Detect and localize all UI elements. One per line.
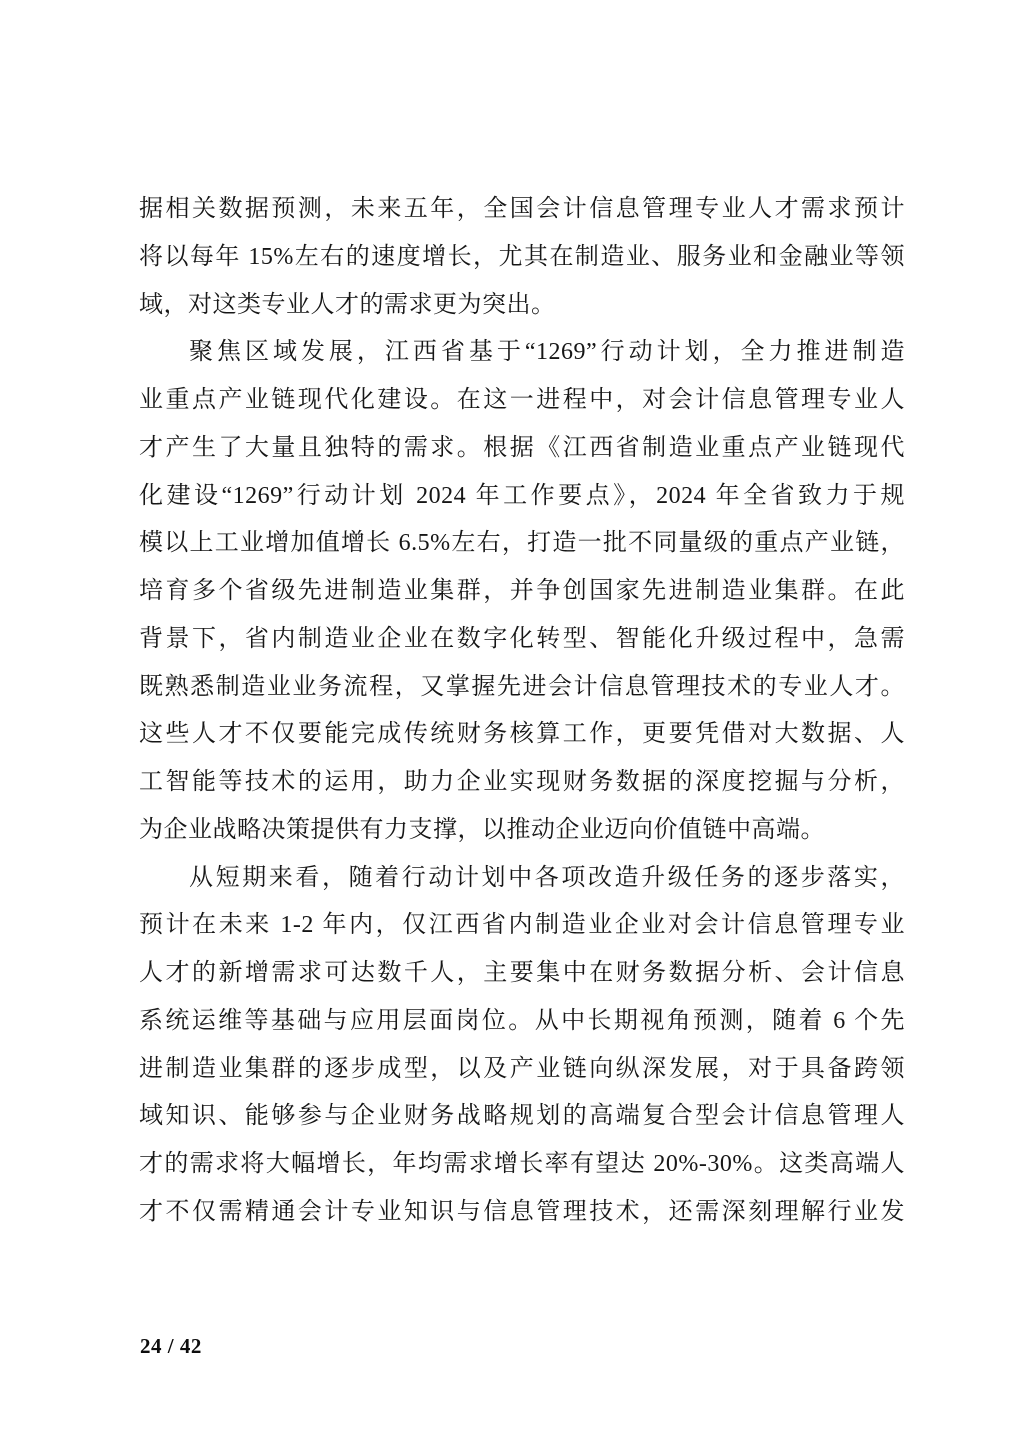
text-line: 据相关数据预测，未来五年，全国会计信息管理专业人才需求预计 <box>139 186 905 234</box>
text-line: 系统运维等基础与应用层面岗位。从中长期视角预测，随着 6 个先 <box>139 998 905 1046</box>
text-line: 培育多个省级先进制造业集群，并争创国家先进制造业集群。在此 <box>139 568 905 616</box>
text-line: 背景下，省内制造业企业在数字化转型、智能化升级过程中，急需 <box>139 616 905 664</box>
text-line: 域，对这类专业人才的需求更为突出。 <box>139 282 905 330</box>
text-line: 聚焦区域发展，江西省基于“1269”行动计划，全力推进制造 <box>139 329 905 377</box>
text-line: 为企业战略决策提供有力支撑，以推动企业迈向价值链中高端。 <box>139 807 905 855</box>
document-page: 据相关数据预测，未来五年，全国会计信息管理专业人才需求预计将以每年 15%左右的… <box>0 0 1024 1448</box>
text-line: 人才的新增需求可达数千人，主要集中在财务数据分析、会计信息 <box>139 950 905 998</box>
text-line: 模以上工业增加值增长 6.5%左右，打造一批不同量级的重点产业链， <box>139 520 905 568</box>
text-line: 才不仅需精通会计专业知识与信息管理技术，还需深刻理解行业发 <box>139 1189 905 1237</box>
document-body: 据相关数据预测，未来五年，全国会计信息管理专业人才需求预计将以每年 15%左右的… <box>139 186 905 1237</box>
text-line: 业重点产业链现代化建设。在这一进程中，对会计信息管理专业人 <box>139 377 905 425</box>
text-line: 将以每年 15%左右的速度增长，尤其在制造业、服务业和金融业等领 <box>139 234 905 282</box>
page-footer: 24 / 42 <box>140 1332 540 1360</box>
text-line: 才的需求将大幅增长，年均需求增长率有望达 20%-30%。这类高端人 <box>139 1141 905 1189</box>
text-line: 才产生了大量且独特的需求。根据《江西省制造业重点产业链现代 <box>139 425 905 473</box>
text-line: 既熟悉制造业业务流程，又掌握先进会计信息管理技术的专业人才。 <box>139 664 905 712</box>
text-line: 预计在未来 1-2 年内，仅江西省内制造业企业对会计信息管理专业 <box>139 902 905 950</box>
text-line: 这些人才不仅要能完成传统财务核算工作，更要凭借对大数据、人 <box>139 711 905 759</box>
text-line: 工智能等技术的运用，助力企业实现财务数据的深度挖掘与分析， <box>139 759 905 807</box>
text-line: 域知识、能够参与企业财务战略规划的高端复合型会计信息管理人 <box>139 1093 905 1141</box>
text-line: 从短期来看，随着行动计划中各项改造升级任务的逐步落实， <box>139 855 905 903</box>
page-number: 24 / 42 <box>140 1334 202 1358</box>
text-line: 进制造业集群的逐步成型，以及产业链向纵深发展，对于具备跨领 <box>139 1046 905 1094</box>
text-line: 化建设“1269”行动计划 2024 年工作要点》，2024 年全省致力于规 <box>139 473 905 521</box>
